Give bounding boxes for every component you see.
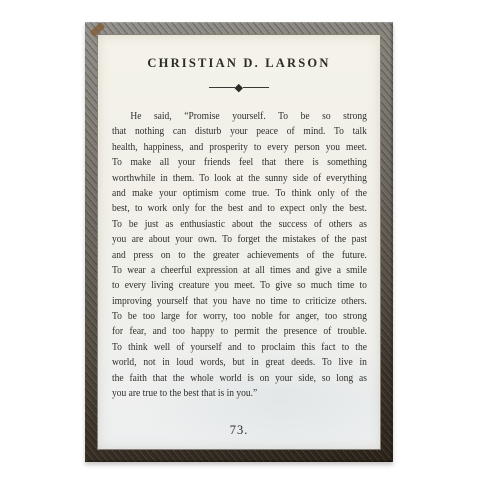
quote-text-line: and make your optimism come true. To thi… [112, 186, 367, 201]
quote-text-line: To be too large for worry, too noble for… [112, 309, 367, 324]
divider-ornament [112, 84, 366, 91]
author-name-heading: CHRISTIAN D. LARSON [112, 56, 366, 71]
quote-text-line: world, not in loud words, but in great d… [112, 355, 367, 370]
quote-text-block: He said, “Promise yourself. To be so str… [112, 109, 367, 401]
quote-text-line: health, happiness, and prosperity to eve… [112, 140, 367, 155]
quote-text-line: that nothing can disturb your peace of m… [112, 124, 367, 139]
quote-text-line: To be just as enthusiastic about the suc… [112, 217, 367, 232]
quote-text-line: To wear a cheerful expression at all tim… [112, 263, 367, 278]
quote-text-line: worthwhile in them. To look at the sunny… [112, 171, 367, 186]
divider-line [243, 87, 269, 88]
quote-text-line: To make all your friends feel that there… [112, 155, 367, 170]
quote-text-line: best, to work only for the best and to e… [112, 201, 367, 216]
art-print-page: CHRISTIAN D. LARSON He said, “Promise yo… [97, 34, 381, 450]
quote-text-line: improving yourself that you have no time… [112, 294, 367, 309]
diamond-icon [235, 84, 243, 92]
picture-frame: CHRISTIAN D. LARSON He said, “Promise yo… [85, 22, 393, 462]
quote-text-line: you are about your own. To forget the mi… [112, 232, 367, 247]
page-number: 73. [112, 423, 366, 438]
quote-text-line: to every living creature you meet. To gi… [112, 278, 367, 293]
quote-text-line: the faith that the whole world is on you… [112, 371, 367, 386]
quote-text-line: To think well of yourself and to proclai… [112, 340, 367, 355]
divider-line [209, 87, 235, 88]
quote-text-line: and press on to the greater achievements… [112, 248, 367, 263]
white-wall-background: CHRISTIAN D. LARSON He said, “Promise yo… [0, 0, 480, 480]
quote-text-line: for fear, and too happy to permit the pr… [112, 324, 367, 339]
quote-text-line: He said, “Promise yourself. To be so str… [112, 109, 367, 124]
quote-text-line: you are true to the best that is in you.… [112, 386, 367, 401]
